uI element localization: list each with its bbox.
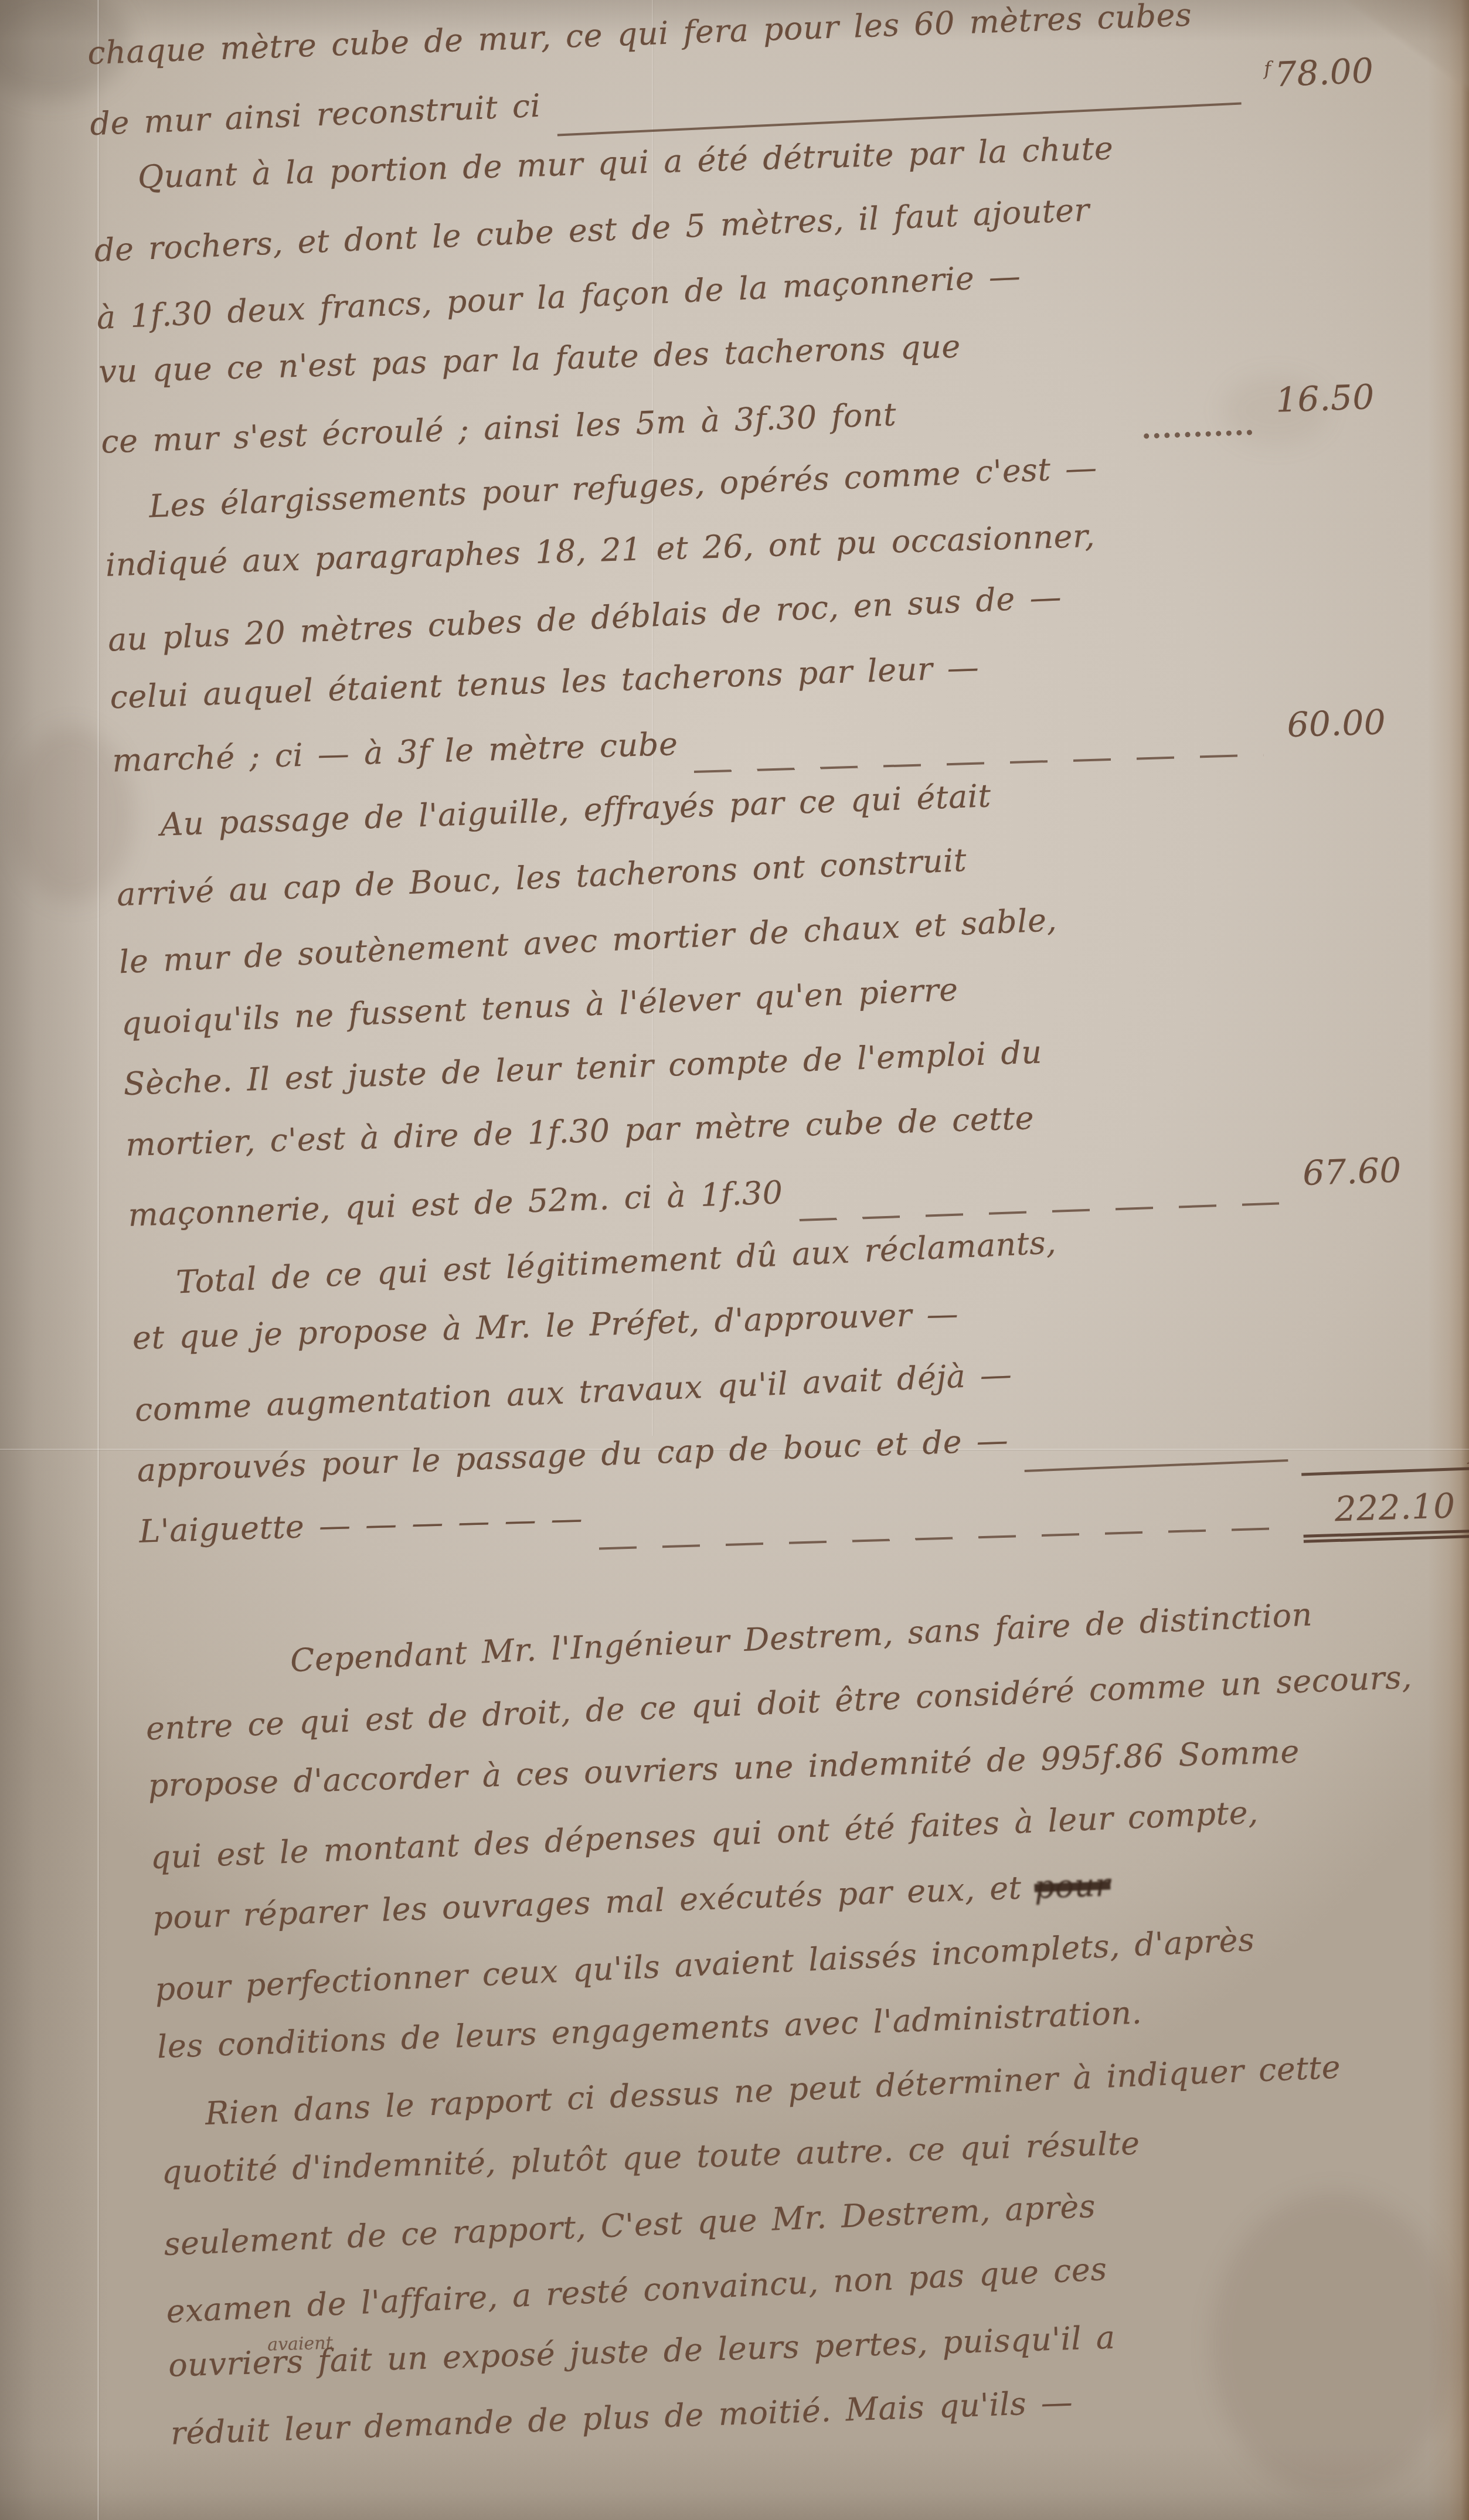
amount-value: 67.60 [1290,1147,1469,1194]
amount-value: f78.00 [1252,48,1438,96]
manuscript-scan: { "document": { "type": "handwritten-man… [0,0,1469,2520]
amount-value: 16.50 [1263,374,1449,421]
struck-out-word: pour [1034,1866,1111,1905]
amount-value: 60.00 [1275,700,1461,745]
amount-number: 60.00 [1287,702,1386,745]
leader-line [599,1527,1291,1550]
amount-number: 16.50 [1275,377,1375,420]
amount-number: 222.10 [1334,1486,1456,1529]
amount-value: f [1301,1439,1469,1476]
amount-number: 67.60 [1302,1150,1402,1193]
amount-number: 78.00 [1274,50,1375,94]
inserted-word: avaient [267,2332,333,2355]
total-amount: 222.10 [1302,1484,1469,1542]
leader-line [1025,1459,1288,1472]
manuscript-text: chaque mètre cube de mur, ce qui fera po… [87,0,1469,2480]
leader-line [1144,430,1252,438]
currency-franc-mark: f [1263,57,1271,79]
